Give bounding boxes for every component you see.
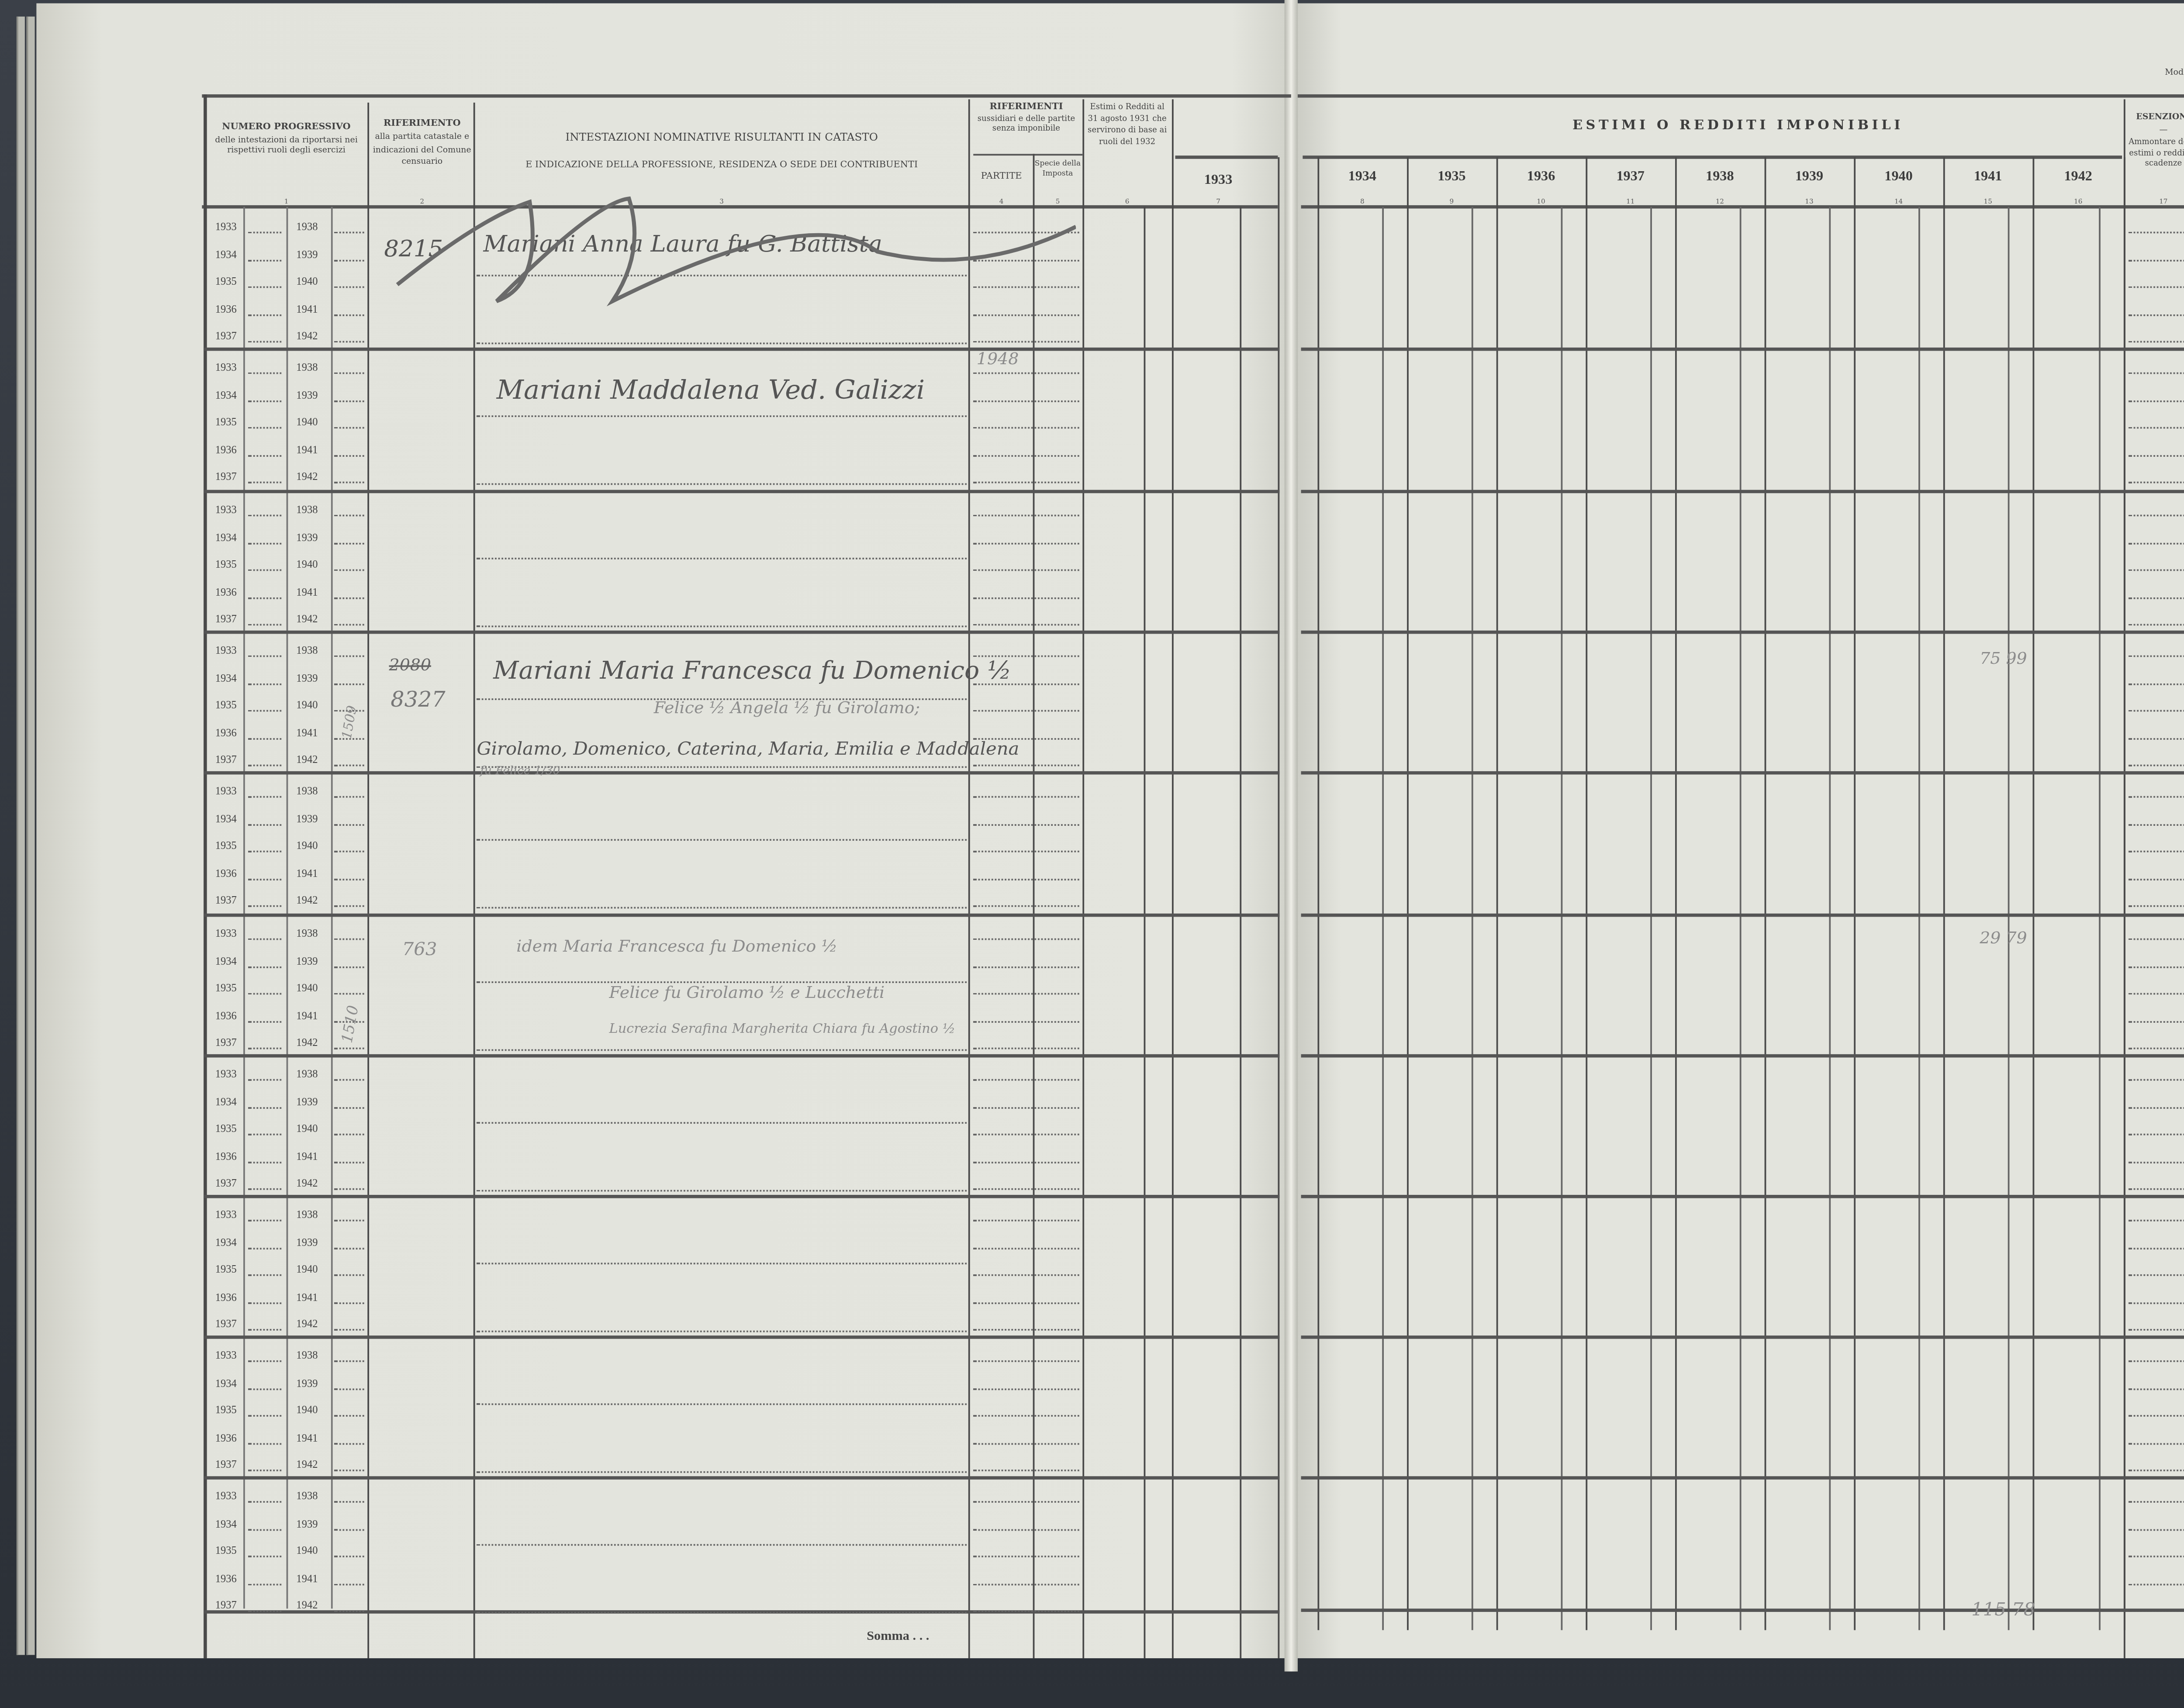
dotted-rule xyxy=(973,1415,1079,1417)
dotted-rule xyxy=(248,1387,281,1389)
dotted-rule xyxy=(248,400,281,401)
year-column-divider xyxy=(1586,157,1587,1630)
dotted-rule xyxy=(973,1329,1079,1331)
dotted-rule xyxy=(248,1556,281,1557)
year-label: 1940 xyxy=(296,559,318,571)
year-label: 1935 xyxy=(215,841,237,852)
dotted-rule xyxy=(248,1583,281,1585)
dotted-rule xyxy=(2129,232,2184,234)
col7-top-rule xyxy=(1175,155,1278,158)
year-label: 1938 xyxy=(296,222,318,234)
dotted-rule xyxy=(248,1048,281,1049)
dotted-rule xyxy=(2129,427,2184,429)
block-rule xyxy=(204,1054,1279,1057)
dotted-rule xyxy=(973,1360,1079,1362)
year-label: 1935 xyxy=(215,559,237,571)
name-dotted-rule xyxy=(477,342,967,344)
dotted-rule xyxy=(334,1106,364,1108)
dotted-rule xyxy=(2129,1301,2184,1303)
year-label: 1939 xyxy=(296,1097,318,1108)
year-label: 1942 xyxy=(296,1178,318,1190)
col6-divider xyxy=(1172,99,1174,1658)
dotted-rule xyxy=(973,1134,1079,1135)
dotted-rule xyxy=(2129,1134,2184,1135)
year-header-1942: 1942 xyxy=(2033,167,2124,184)
dotted-rule xyxy=(2129,569,2184,571)
dotted-rule xyxy=(248,765,281,766)
dotted-rule xyxy=(973,515,1079,517)
year-label: 1938 xyxy=(296,645,318,657)
year-label: 1941 xyxy=(296,868,318,880)
entry1-cancel-stroke xyxy=(381,185,1076,317)
year-label: 1938 xyxy=(296,1491,318,1503)
dotted-rule xyxy=(248,939,281,940)
dotted-rule xyxy=(2129,1020,2184,1022)
year-label: 1940 xyxy=(296,983,318,995)
dotted-rule xyxy=(334,1501,364,1503)
table-top-rule xyxy=(202,94,1291,98)
year-label: 1942 xyxy=(296,1038,318,1049)
year-label: 1937 xyxy=(215,472,237,483)
dotted-rule xyxy=(334,569,364,571)
page-stack-edge-left xyxy=(27,17,35,1655)
year-label: 1940 xyxy=(296,841,318,852)
year-label: 1941 xyxy=(296,444,318,456)
dotted-rule xyxy=(334,1442,364,1444)
year-label: 1940 xyxy=(296,1405,318,1417)
year-column-divider xyxy=(2033,157,2035,1630)
dotted-rule xyxy=(334,1161,364,1163)
dotted-rule xyxy=(2129,939,2184,940)
dotted-rule xyxy=(2129,905,2184,907)
year-label: 1942 xyxy=(296,1319,318,1331)
dotted-rule xyxy=(2129,314,2184,315)
entry4-name-line2: Felice ½ Angela ½ fu Girolamo; xyxy=(654,700,920,718)
dotted-rule xyxy=(248,597,281,598)
dotted-rule xyxy=(973,1188,1079,1190)
dotted-rule xyxy=(2129,624,2184,626)
dotted-rule xyxy=(248,1020,281,1022)
year-label: 1934 xyxy=(215,956,237,967)
dotted-rule xyxy=(248,482,281,483)
dotted-rule xyxy=(973,1220,1079,1221)
year-label: 1936 xyxy=(215,1151,237,1163)
dotted-rule xyxy=(973,1470,1079,1471)
year-header-1934: 1934 xyxy=(1317,167,1407,184)
dotted-rule xyxy=(2129,683,2184,684)
year-header-1936: 1936 xyxy=(1496,167,1586,184)
year-subdivider xyxy=(331,207,333,1609)
col45-title: RIFERIMENTI xyxy=(970,103,1083,114)
col7-subdivider xyxy=(1240,207,1241,1658)
cents-subdivider xyxy=(1650,207,1652,1630)
dotted-rule xyxy=(248,878,281,880)
dotted-rule xyxy=(2129,1079,2184,1081)
dotted-rule xyxy=(2129,542,2184,544)
dotted-rule xyxy=(248,286,281,288)
year-label: 1934 xyxy=(215,1378,237,1390)
block-rule xyxy=(204,771,1279,774)
year-label: 1936 xyxy=(215,868,237,880)
dotted-rule xyxy=(248,1188,281,1190)
name-dotted-rule xyxy=(477,1544,967,1546)
year-label: 1935 xyxy=(215,983,237,995)
right-block-rule xyxy=(1301,1335,2184,1338)
dotted-rule xyxy=(973,1106,1079,1108)
year-label: 1934 xyxy=(215,1097,237,1108)
cents-subdivider xyxy=(2008,207,2009,1630)
dotted-rule xyxy=(248,737,281,739)
dotted-rule xyxy=(248,373,281,374)
year-label: 1941 xyxy=(296,1432,318,1444)
year-label: 1938 xyxy=(296,1210,318,1221)
dotted-rule xyxy=(248,1161,281,1163)
dotted-rule xyxy=(334,1583,364,1585)
dotted-rule xyxy=(334,796,364,798)
entry4-ref-struck: 2080 xyxy=(389,657,431,675)
somma-value-1941: 115 78 xyxy=(1971,1599,2035,1620)
year-label: 1936 xyxy=(215,304,237,315)
dotted-rule xyxy=(334,482,364,483)
dotted-rule xyxy=(2129,737,2184,739)
dotted-rule xyxy=(973,1247,1079,1249)
dotted-rule xyxy=(973,1079,1079,1081)
dotted-rule xyxy=(248,656,281,657)
dotted-rule xyxy=(248,1274,281,1276)
right-block-rule xyxy=(1301,914,2184,916)
year-label: 1934 xyxy=(215,249,237,261)
name-dotted-rule xyxy=(477,1049,967,1051)
dotted-rule xyxy=(334,765,364,766)
entry6-name-line2: Felice fu Girolamo ½ e Lucchetti xyxy=(609,985,885,1003)
dotted-rule xyxy=(248,314,281,315)
year-label: 1939 xyxy=(296,1518,318,1530)
year-label: 1940 xyxy=(296,1546,318,1557)
dotted-rule xyxy=(334,314,364,315)
dotted-rule xyxy=(973,454,1079,456)
cents-subdivider xyxy=(1918,207,1920,1630)
year-label: 1933 xyxy=(215,362,237,374)
dotted-rule xyxy=(2129,1387,2184,1389)
dotted-rule xyxy=(248,905,281,907)
dotted-rule xyxy=(248,823,281,825)
year-label: 1942 xyxy=(296,1460,318,1471)
year-label: 1934 xyxy=(215,1237,237,1249)
dotted-rule xyxy=(2129,482,2184,483)
esenzioni-number: 17 xyxy=(2125,197,2184,205)
year-label: 1939 xyxy=(296,956,318,967)
year-label: 1940 xyxy=(296,276,318,288)
dotted-rule xyxy=(334,1470,364,1471)
year-label: 1942 xyxy=(296,472,318,483)
dotted-rule xyxy=(248,683,281,684)
year-label: 1935 xyxy=(215,700,237,712)
entry6-name-line1: idem Maria Francesca fu Domenico ½ xyxy=(516,939,837,957)
dotted-rule xyxy=(334,1415,364,1417)
year-label: 1937 xyxy=(215,755,237,766)
dotted-rule xyxy=(2129,878,2184,880)
dotted-rule xyxy=(248,232,281,234)
dotted-rule xyxy=(973,400,1079,401)
dotted-rule xyxy=(2129,341,2184,343)
cents-subdivider xyxy=(1471,207,1473,1630)
dotted-rule xyxy=(973,1442,1079,1444)
dotted-rule xyxy=(334,1048,364,1049)
year-label: 1941 xyxy=(296,1010,318,1022)
dotted-rule xyxy=(248,454,281,456)
year-column-number: 9 xyxy=(1407,197,1496,205)
dotted-rule xyxy=(2129,1220,2184,1221)
dotted-rule xyxy=(2129,1529,2184,1530)
year-column-number: 16 xyxy=(2033,197,2124,205)
right-block-rule xyxy=(1301,1608,2184,1611)
year-header-1938: 1938 xyxy=(1675,167,1765,184)
year-label: 1933 xyxy=(215,645,237,657)
dotted-rule xyxy=(334,232,364,234)
name-dotted-rule xyxy=(477,558,967,559)
dotted-rule xyxy=(248,1106,281,1108)
year-label: 1941 xyxy=(296,304,318,315)
dotted-rule xyxy=(248,1134,281,1135)
year-column-divider xyxy=(1496,157,1498,1630)
name-dotted-rule xyxy=(477,1190,967,1192)
right-block-rule xyxy=(1301,1054,2184,1057)
block-rule xyxy=(204,1195,1279,1197)
dotted-rule xyxy=(248,1301,281,1303)
year-column-number: 11 xyxy=(1586,197,1675,205)
year-label: 1935 xyxy=(215,276,237,288)
entry4-name-line3: Girolamo, Domenico, Caterina, Maria, Emi… xyxy=(477,738,1019,759)
dotted-rule xyxy=(334,1529,364,1530)
year-header-1941: 1941 xyxy=(1943,167,2033,184)
dotted-rule xyxy=(248,851,281,852)
dotted-rule xyxy=(2129,1188,2184,1190)
block-rule xyxy=(204,631,1279,633)
col7-divider xyxy=(1278,157,1279,1658)
dotted-rule xyxy=(334,656,364,657)
col45-divider xyxy=(973,154,1082,155)
dotted-rule xyxy=(973,1020,1079,1022)
esenzioni-subtitle: Ammontare degli estimi o redditi e scade… xyxy=(2127,139,2184,171)
col3-divider xyxy=(968,99,970,1658)
year-label: 1935 xyxy=(215,1264,237,1276)
esenzioni-dash: — xyxy=(2125,126,2184,138)
col5-divider xyxy=(1082,99,1084,1658)
col1-number: 1 xyxy=(205,197,367,205)
dotted-rule xyxy=(334,1360,364,1362)
dotted-rule xyxy=(2129,373,2184,374)
year-label: 1938 xyxy=(296,1350,318,1362)
dotted-rule xyxy=(2129,400,2184,401)
entry4-value-1941: 75 99 xyxy=(1980,650,2027,669)
entry6-value-1941: 29 79 xyxy=(1980,930,2027,949)
dotted-rule xyxy=(248,1079,281,1081)
year-label: 1936 xyxy=(215,1010,237,1022)
dotted-rule xyxy=(973,597,1079,598)
section-title: ESTIMI O REDDITI IMPONIBILI xyxy=(1457,116,2019,132)
year-label: 1938 xyxy=(296,786,318,798)
year-column-divider xyxy=(1943,157,1945,1630)
year-label: 1939 xyxy=(296,532,318,544)
name-dotted-rule xyxy=(477,1122,967,1124)
dotted-rule xyxy=(973,1274,1079,1276)
year-subdivider xyxy=(287,207,288,1609)
dotted-rule xyxy=(334,1301,364,1303)
year-label: 1939 xyxy=(296,390,318,401)
year-label: 1939 xyxy=(296,1378,318,1390)
dotted-rule xyxy=(973,765,1079,766)
dotted-rule xyxy=(973,796,1079,798)
year-label: 1936 xyxy=(215,1573,237,1585)
year-column-divider xyxy=(1675,157,1677,1630)
dotted-rule xyxy=(973,878,1079,880)
year-column-divider xyxy=(1407,157,1409,1630)
year-label: 1937 xyxy=(215,1460,237,1471)
year-label: 1940 xyxy=(296,1124,318,1135)
dotted-rule xyxy=(334,1079,364,1081)
right-page xyxy=(1291,3,2184,1659)
year-label: 1933 xyxy=(215,505,237,517)
right-block-rule xyxy=(1301,348,2184,350)
year-label: 1941 xyxy=(296,1292,318,1304)
dotted-rule xyxy=(973,482,1079,483)
dotted-rule xyxy=(248,1610,281,1612)
dotted-rule xyxy=(334,286,364,288)
dotted-rule xyxy=(2129,1583,2184,1585)
block-rule xyxy=(204,490,1279,493)
dotted-rule xyxy=(248,427,281,429)
dotted-rule xyxy=(973,1583,1079,1585)
dotted-rule xyxy=(2129,1106,2184,1108)
dotted-rule xyxy=(334,515,364,517)
dotted-rule xyxy=(2129,1360,2184,1362)
dotted-rule xyxy=(973,905,1079,907)
dotted-rule xyxy=(973,341,1079,343)
cents-subdivider xyxy=(1382,207,1384,1630)
year-header-1935: 1935 xyxy=(1407,167,1496,184)
name-dotted-rule xyxy=(477,483,967,485)
year-column-number: 10 xyxy=(1496,197,1586,205)
year-label: 1941 xyxy=(296,727,318,739)
year-label: 1941 xyxy=(296,1151,318,1163)
year-label: 1938 xyxy=(296,1069,318,1081)
cents-subdivider xyxy=(1561,207,1562,1630)
somma-label: Somma . . . xyxy=(828,1630,968,1642)
year-label: 1934 xyxy=(215,532,237,544)
dotted-rule xyxy=(334,454,364,456)
dotted-rule xyxy=(334,1329,364,1331)
dotted-rule xyxy=(248,710,281,712)
col6-title: Estimi o Redditi al 31 agosto 1931 che s… xyxy=(1084,103,1170,149)
year-label: 1939 xyxy=(296,814,318,825)
col45-subtitle: sussidiari e delle partite senza imponib… xyxy=(970,116,1083,135)
esenzioni-title: ESENZIONI xyxy=(2125,113,2184,124)
dotted-rule xyxy=(973,373,1079,374)
col7-year: 1933 xyxy=(1172,170,1265,187)
dotted-rule xyxy=(973,1048,1079,1049)
year-label: 1935 xyxy=(215,1405,237,1417)
dotted-rule xyxy=(973,1529,1079,1530)
dotted-rule xyxy=(334,878,364,880)
year-label: 1939 xyxy=(296,249,318,261)
dotted-rule xyxy=(334,905,364,907)
col3-subtitle: E INDICAZIONE DELLA PROFESSIONE, RESIDEN… xyxy=(477,161,967,173)
dotted-rule xyxy=(334,683,364,684)
dotted-rule xyxy=(2129,515,2184,517)
year-label: 1933 xyxy=(215,1491,237,1503)
dotted-rule xyxy=(334,939,364,940)
dotted-rule xyxy=(248,1501,281,1503)
name-dotted-rule xyxy=(477,1471,967,1473)
dotted-rule xyxy=(334,624,364,626)
name-dotted-rule xyxy=(477,625,967,627)
dotted-rule xyxy=(334,1188,364,1190)
year-column-divider xyxy=(1854,157,1856,1630)
year-column-divider xyxy=(1765,157,1766,1630)
dotted-rule xyxy=(2129,1048,2184,1049)
col6-subdivider xyxy=(1144,207,1146,1658)
year-label: 1941 xyxy=(296,587,318,598)
dotted-rule xyxy=(2129,656,2184,657)
entry6-ref: 763 xyxy=(402,939,437,960)
dotted-rule xyxy=(2129,454,2184,456)
cents-subdivider xyxy=(1829,207,1831,1630)
col1-title: NUMERO PROGRESSIVO xyxy=(205,122,367,134)
right-block-rule xyxy=(1301,631,2184,633)
cents-subdivider xyxy=(1739,207,1741,1630)
dotted-rule xyxy=(973,1610,1079,1612)
year-label: 1933 xyxy=(215,1210,237,1221)
col1-divider xyxy=(367,103,369,1658)
dotted-rule xyxy=(2129,1161,2184,1163)
col4-title: PARTITE xyxy=(970,172,1033,184)
dotted-rule xyxy=(973,427,1079,429)
year-label: 1939 xyxy=(296,1237,318,1249)
name-dotted-rule xyxy=(477,1403,967,1405)
right-table-top-rule xyxy=(1298,94,2184,98)
dotted-rule xyxy=(248,796,281,798)
year-column-divider xyxy=(1317,157,1319,1630)
scanned-register-spread: Mod. 111 - Imposte Dirette (Intercalare)… xyxy=(0,0,2184,1708)
dotted-rule xyxy=(248,341,281,343)
year-label: 1937 xyxy=(215,1038,237,1049)
year-label: 1933 xyxy=(215,222,237,234)
entry4-ref: 8327 xyxy=(390,688,445,713)
dotted-rule xyxy=(973,966,1079,967)
year-label: 1940 xyxy=(296,700,318,712)
year-label: 1934 xyxy=(215,1518,237,1530)
year-column-divider xyxy=(2124,157,2125,1630)
dotted-rule xyxy=(248,1470,281,1471)
dotted-rule xyxy=(2129,1501,2184,1503)
dotted-rule xyxy=(2129,1442,2184,1444)
dotted-rule xyxy=(334,1387,364,1389)
dotted-rule xyxy=(334,1134,364,1135)
dotted-rule xyxy=(973,1556,1079,1557)
dotted-rule xyxy=(248,1247,281,1249)
dotted-rule xyxy=(248,1442,281,1444)
dotted-rule xyxy=(2129,1274,2184,1276)
name-dotted-rule xyxy=(477,981,967,983)
dotted-rule xyxy=(2129,1470,2184,1471)
year-label: 1936 xyxy=(215,587,237,598)
name-dotted-rule xyxy=(477,839,967,841)
block-rule xyxy=(204,1335,1279,1338)
dotted-rule xyxy=(334,1247,364,1249)
dotted-rule xyxy=(334,851,364,852)
dotted-rule xyxy=(973,823,1079,825)
year-label: 1942 xyxy=(296,895,318,907)
